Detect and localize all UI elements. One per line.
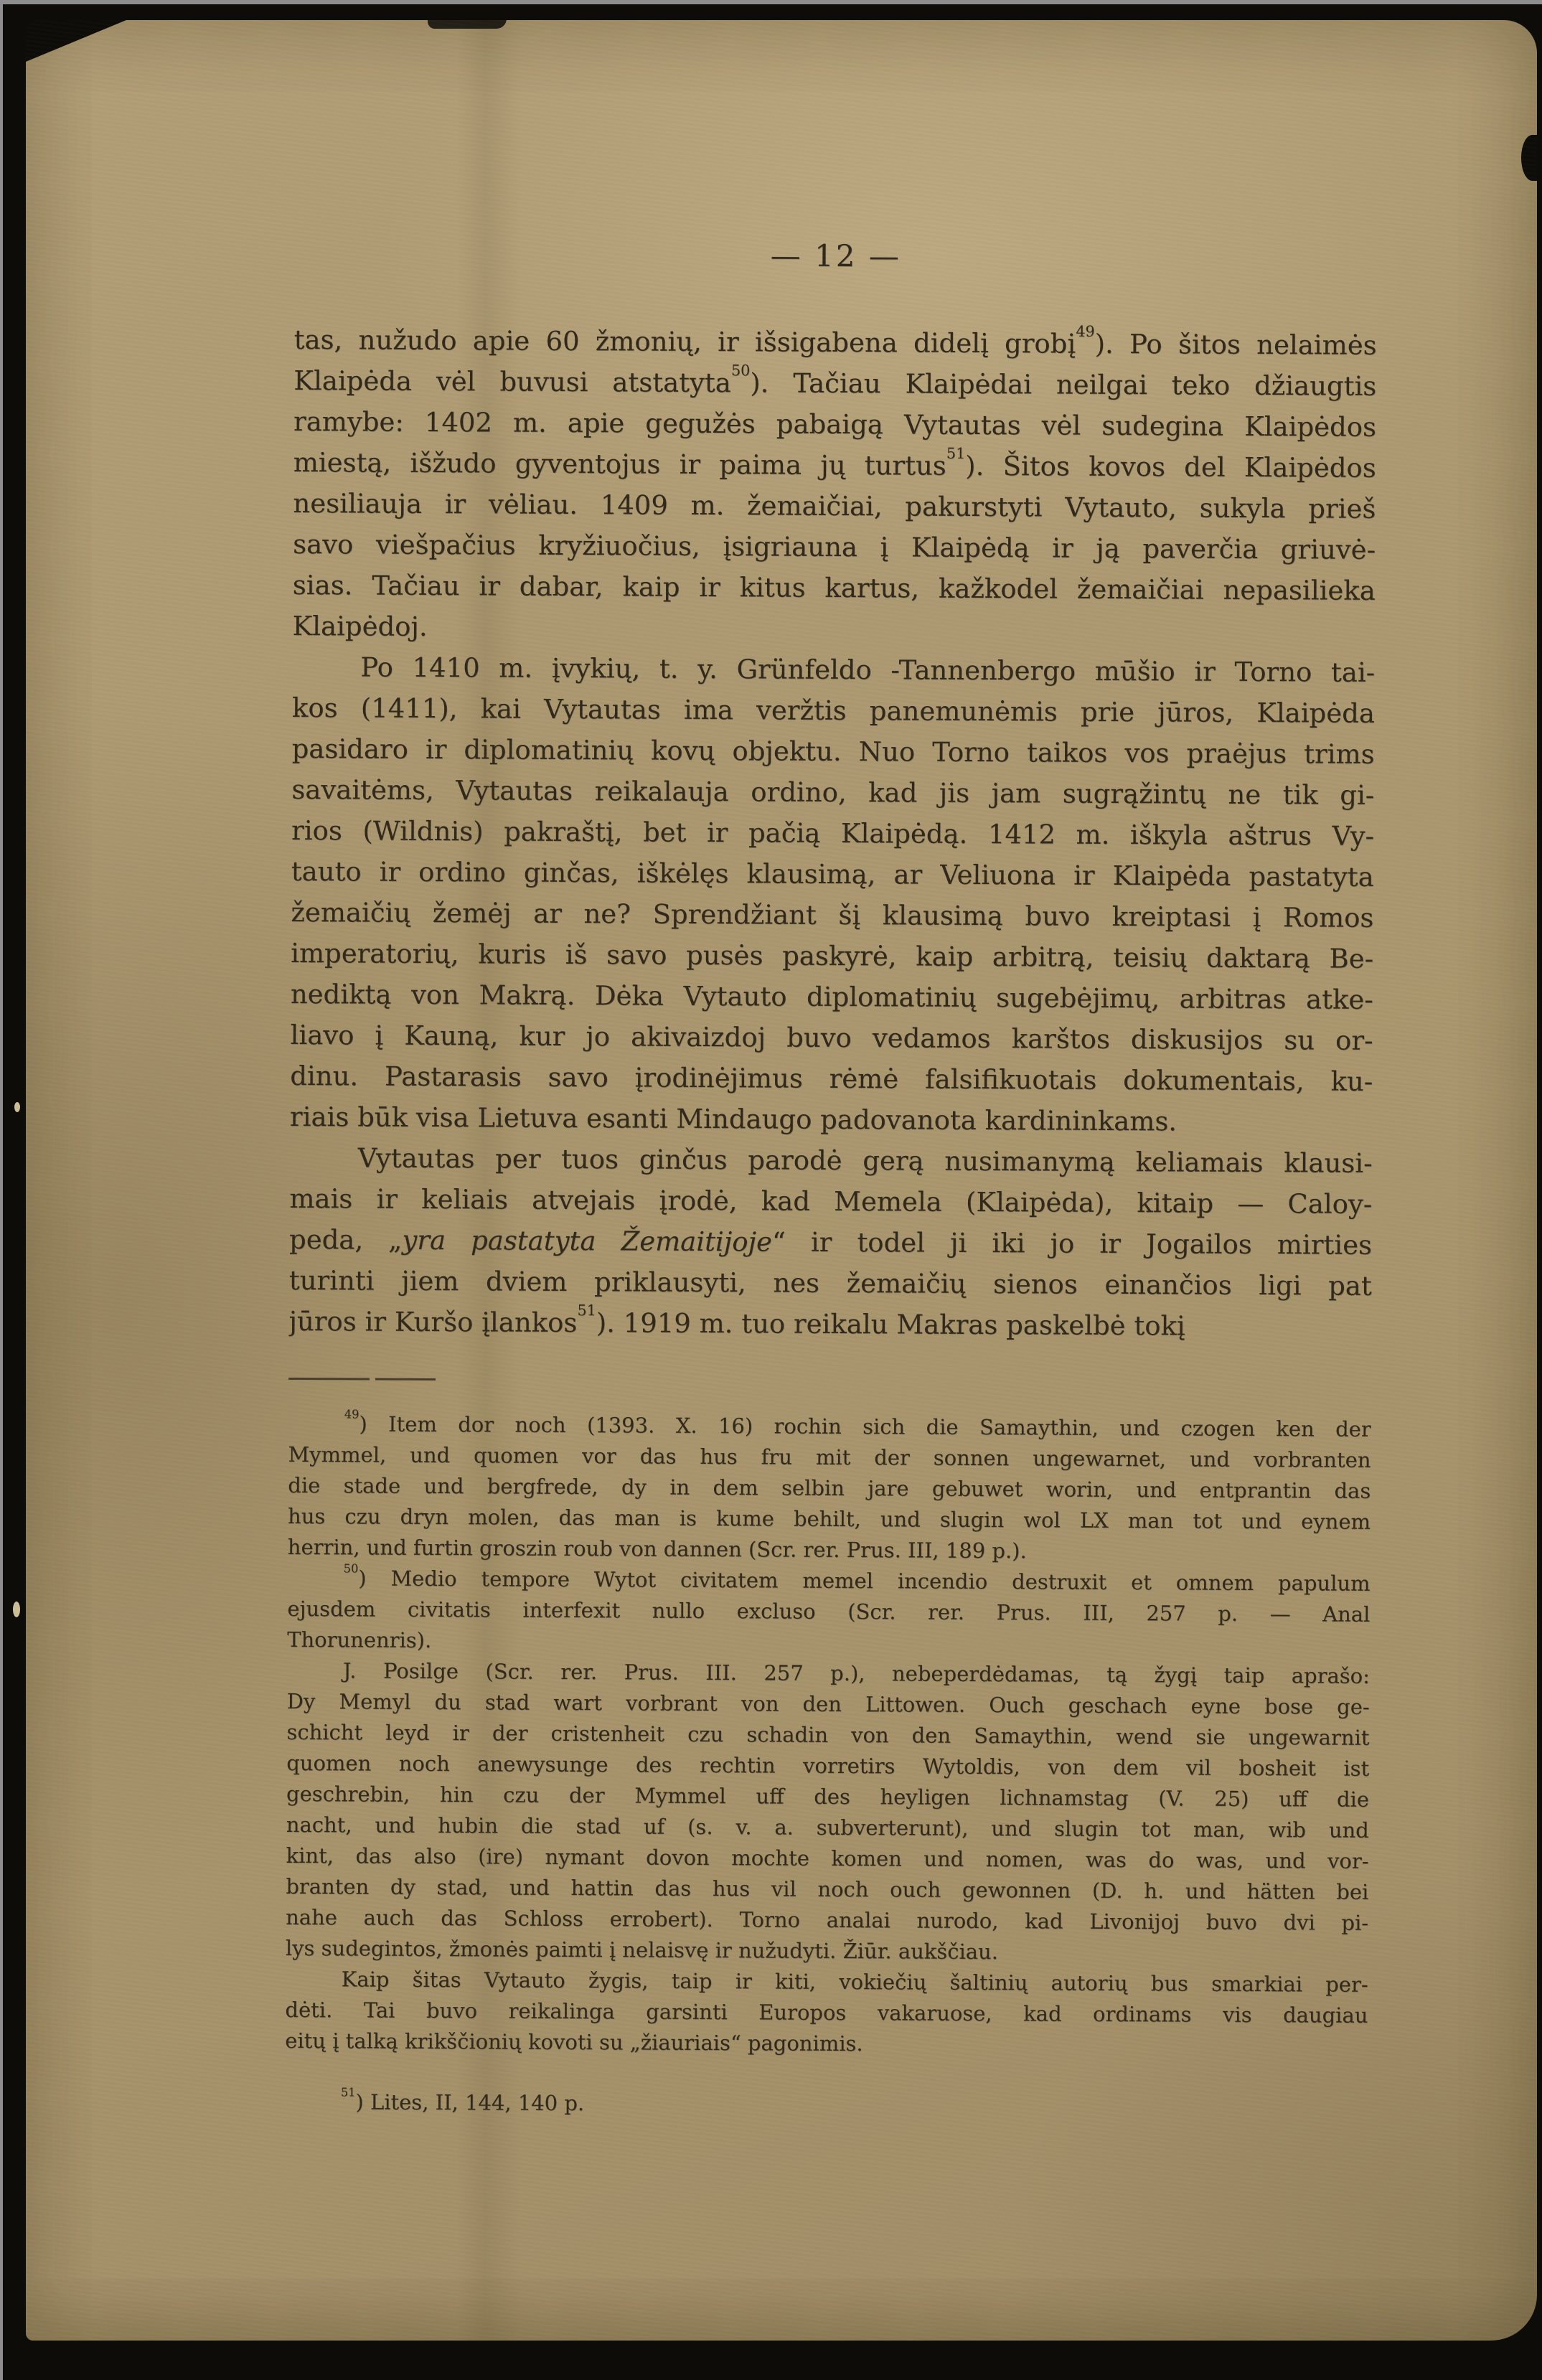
text-line: dinu. Pastarasis savo įrodinėjimus rėmė …	[290, 1055, 1373, 1102]
torn-corner-topleft	[26, 20, 126, 62]
text-line: tauto ir ordino ginčas, iškėlęs klausimą…	[291, 851, 1374, 898]
text-line: ramybe: 1402 m. apie gegužės pabaigą Vyt…	[293, 401, 1376, 448]
scan-edge-top	[0, 0, 1542, 4]
text-line: liavo į Kauną, kur jo akivaizdoj buvo ve…	[290, 1015, 1373, 1061]
text-line: mais ir keliais atvejais įrodė, kad Meme…	[289, 1178, 1372, 1225]
text-line: Klaipėda vėl buvusi atstatyta50). Tačiau…	[293, 360, 1376, 407]
text-line: jūros ir Kuršo įlankos51). 1919 m. tuo r…	[288, 1301, 1371, 1347]
text-line: nesiliauja ir vėliau. 1409 m. žemaičiai,…	[293, 483, 1376, 530]
text-line: savaitėms, Vytautas reikalauja ordino, k…	[291, 769, 1374, 816]
footnote-separator	[288, 1378, 436, 1381]
text-line: turinti jiem dviem priklausyti, nes žema…	[289, 1260, 1372, 1307]
text-line: eitų į talką krikščionių kovoti su „žiau…	[285, 2026, 1368, 2062]
footnote-50-posilge: J. Posilge (Scr. rer. Prus. III. 257 p.)…	[286, 1655, 1370, 1970]
footnote-50: 50) Medio tempore Wytot civitatem memel …	[287, 1563, 1371, 1661]
footnotes: 49) Item dor noch (1393. X. 16) rochin s…	[285, 1408, 1371, 2123]
text-line: Po 1410 m. įvykių, t. y. Grünfeldo -Tann…	[292, 646, 1375, 693]
text-line: kos (1411), kai Vytautas ima veržtis pan…	[292, 687, 1375, 734]
footnote-51: 51) Lites, II, 144, 140 p.	[285, 2087, 1368, 2123]
body-text: tas, nužudo apie 60 žmonių, ir išsigaben…	[288, 319, 1376, 1347]
text-line: imperatorių, kuris iš savo pusės paskyrė…	[291, 933, 1373, 979]
text-line: nediktą von Makrą. Dėka Vytauto diplomat…	[291, 974, 1373, 1020]
text-line: žemaičių žemėj ar ne? Sprendžiant šį kla…	[291, 892, 1373, 939]
text-line: savo viešpačius kryžiuočius, įsigriauna …	[293, 524, 1376, 570]
text-line: miestą, išžudo gyventojus ir paima jų tu…	[293, 442, 1376, 489]
text-line: sias. Tačiau ir dabar, kaip ir kitus kar…	[293, 565, 1376, 611]
text-line: riais būk visa Lietuva esanti Mindaugo p…	[290, 1096, 1373, 1143]
page-number: — 12 —	[294, 235, 1377, 277]
text-line: Klaipėdoj.	[292, 606, 1375, 652]
text-line: peda, „yra pastatyta Žemaitijoje“ ir tod…	[289, 1219, 1372, 1266]
para-2: Po 1410 m. įvykių, t. y. Grünfeldo -Tann…	[290, 646, 1376, 1143]
paper-speck	[14, 1102, 20, 1112]
book-page: — 12 — tas, nužudo apie 60 žmonių, ir iš…	[26, 20, 1537, 2341]
paper-speck	[13, 1601, 20, 1617]
text-line: ejusdem civitatis interfexit nullo exclu…	[287, 1594, 1370, 1630]
text-line: rios (Wildnis) pakraštį, bet ir pačią Kl…	[291, 810, 1374, 857]
page-content: — 12 — tas, nužudo apie 60 žmonių, ir iš…	[285, 20, 1378, 2123]
footnote-50-kaip: Kaip šitas Vytauto žygis, taip ir kiti, …	[285, 1964, 1368, 2062]
torn-notch-right	[1521, 135, 1540, 181]
footnote-49: 49) Item dor noch (1393. X. 16) rochin s…	[288, 1408, 1371, 1568]
text-line: 51) Lites, II, 144, 140 p.	[285, 2087, 1368, 2123]
text-line: Vytautas per tuos ginčus parodė gerą nus…	[290, 1137, 1373, 1184]
text-line: tas, nužudo apie 60 žmonių, ir išsigaben…	[294, 319, 1377, 366]
para-1: tas, nužudo apie 60 žmonių, ir išsigaben…	[292, 319, 1376, 652]
para-3: Vytautas per tuos ginčus parodė gerą nus…	[288, 1137, 1372, 1347]
scan-edge-left	[0, 0, 3, 2380]
text-line: pasidaro ir diplomatinių kovų objektu. N…	[292, 728, 1375, 775]
